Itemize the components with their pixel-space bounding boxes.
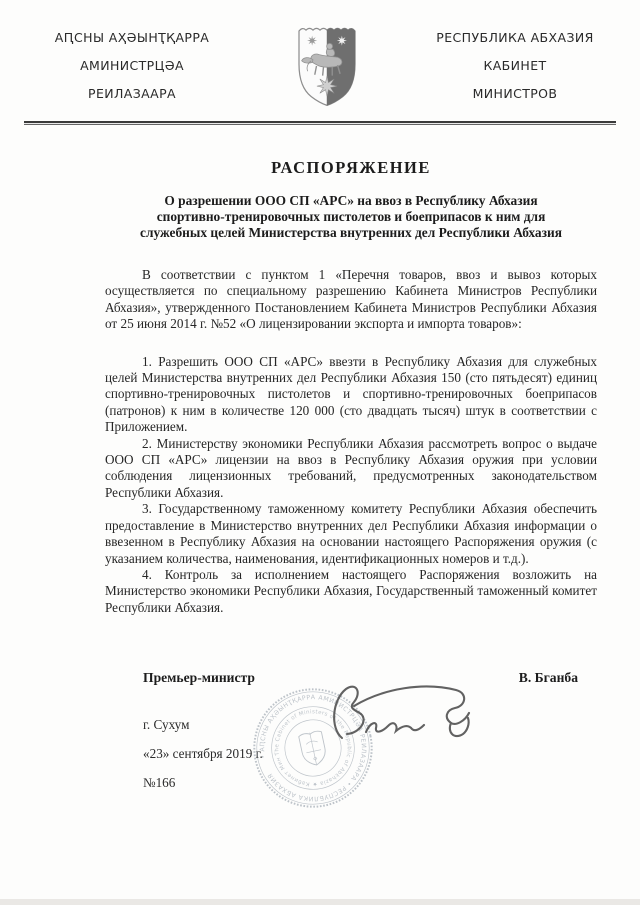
- signer-role: Премьер-министр: [143, 670, 255, 686]
- directive-item: 1. Разрешить ООО СП «АРС» ввезти в Респу…: [105, 354, 597, 436]
- footer-number: №166: [143, 768, 640, 797]
- letterhead: АԤСНЫ АҲӘЫНҬҚАРРА АМИНИСТРЦӘА РЕИЛАЗААРА: [0, 0, 640, 108]
- scan-edge-artifact: [0, 899, 640, 905]
- letterhead-right: РЕСПУБЛИКА АБХАЗИЯ КАБИНЕТ МИНИСТРОВ: [415, 24, 615, 108]
- document-page: АԤСНЫ АҲӘЫНҬҚАРРА АМИНИСТРЦӘА РЕИЛАЗААРА: [0, 0, 640, 905]
- subject-line: О разрешении ООО СП «АРС» на ввоз в Респ…: [105, 193, 597, 209]
- directive-item: 2. Министерству экономики Республики Абх…: [105, 436, 597, 502]
- letterhead-right-line: МИНИСТРОВ: [415, 80, 615, 108]
- header-divider: [24, 121, 616, 125]
- doc-subject: О разрешении ООО СП «АРС» на ввоз в Респ…: [105, 193, 597, 241]
- letterhead-right-line: КАБИНЕТ: [415, 52, 615, 80]
- coat-of-arms-icon: [239, 24, 415, 108]
- handwritten-signature: [320, 680, 488, 756]
- letterhead-left-line: АМИНИСТРЦӘА: [25, 52, 239, 80]
- signer-name: В. Бганба: [519, 670, 578, 686]
- subject-line: спортивно-тренировочных пистолетов и бое…: [105, 209, 597, 225]
- letterhead-right-line: РЕСПУБЛИКА АБХАЗИЯ: [415, 24, 615, 52]
- directive-item: 3. Государственному таможенному комитету…: [105, 501, 597, 567]
- doc-type-title: РАСПОРЯЖЕНИЕ: [105, 158, 597, 178]
- letterhead-left: АԤСНЫ АҲӘЫНҬҚАРРА АМИНИСТРЦӘА РЕИЛАЗААРА: [25, 24, 239, 108]
- doc-body: В соответствии с пунктом 1 «Перечня това…: [105, 267, 597, 616]
- letterhead-left-line: РЕИЛАЗААРА: [25, 80, 239, 108]
- subject-line: служебных целей Министерства внутренних …: [105, 225, 597, 241]
- directive-item: 4. Контроль за исполнением настоящего Ра…: [105, 567, 597, 616]
- letterhead-left-line: АԤСНЫ АҲӘЫНҬҚАРРА: [25, 24, 239, 52]
- intro-paragraph: В соответствии с пунктом 1 «Перечня това…: [105, 267, 597, 333]
